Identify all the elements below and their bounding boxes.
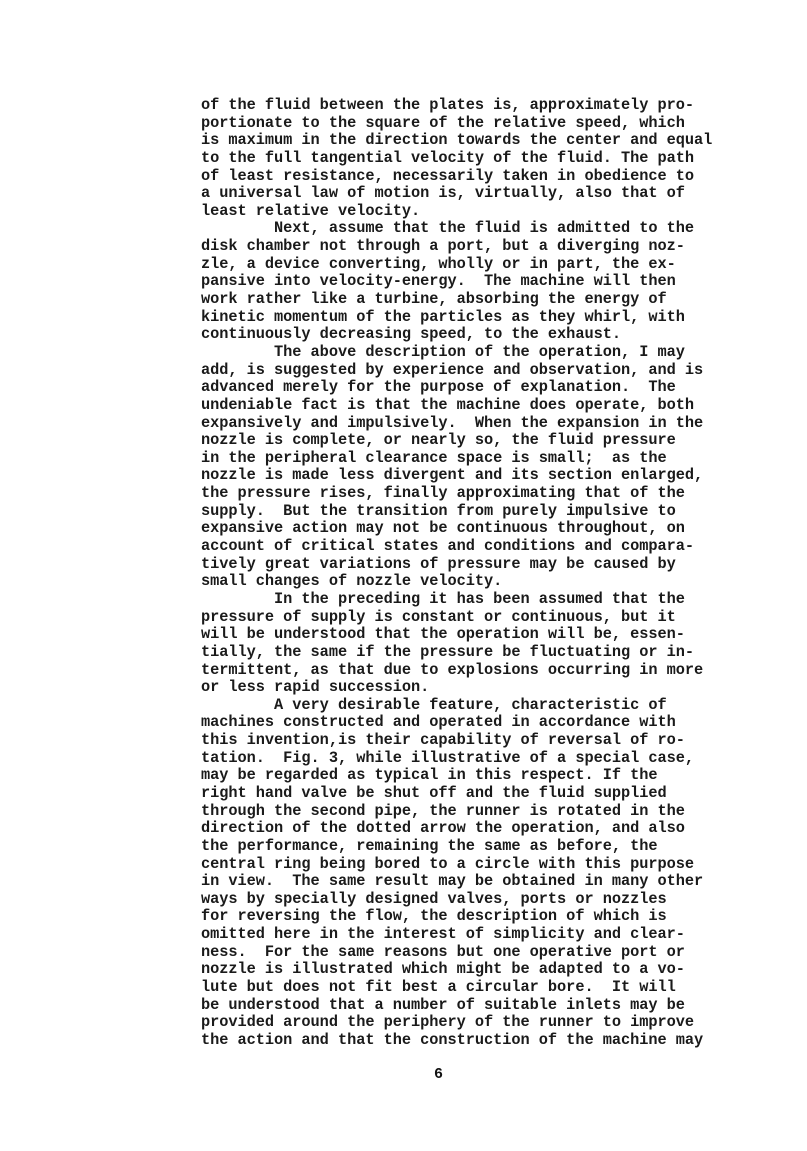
text-line: a universal law of motion is, virtually,… [201, 185, 741, 203]
text-line: advanced merely for the purpose of expla… [201, 379, 741, 397]
text-line: tively great variations of pressure may … [201, 556, 741, 574]
text-line: nozzle is complete, or nearly so, the fl… [201, 432, 741, 450]
text-line: of least resistance, necessarily taken i… [201, 168, 741, 186]
text-line: the performance, remaining the same as b… [201, 838, 741, 856]
text-line: In the preceding it has been assumed tha… [201, 591, 741, 609]
text-line: expansively and impulsively. When the ex… [201, 415, 741, 433]
text-line: of the fluid between the plates is, appr… [201, 97, 741, 115]
text-line: pansive into velocity-energy. The machin… [201, 273, 741, 291]
text-line: is maximum in the direction towards the … [201, 132, 741, 150]
text-line: direction of the dotted arrow the operat… [201, 820, 741, 838]
text-line: A very desirable feature, characteristic… [201, 697, 741, 715]
text-line: supply. But the transition from purely i… [201, 503, 741, 521]
text-line: in the peripheral clearance space is sma… [201, 450, 741, 468]
text-line: undeniable fact is that the machine does… [201, 397, 741, 415]
text-line: for reversing the flow, the description … [201, 908, 741, 926]
text-line: the action and that the construction of … [201, 1032, 741, 1050]
text-line: be understood that a number of suitable … [201, 997, 741, 1015]
text-line: may be regarded as typical in this respe… [201, 767, 741, 785]
text-line: account of critical states and condition… [201, 538, 741, 556]
text-line: small changes of nozzle velocity. [201, 573, 741, 591]
text-line: tially, the same if the pressure be fluc… [201, 644, 741, 662]
text-line: expansive action may not be continuous t… [201, 520, 741, 538]
text-line: lute but does not fit best a circular bo… [201, 979, 741, 997]
text-line: machines constructed and operated in acc… [201, 714, 741, 732]
text-line: portionate to the square of the relative… [201, 115, 741, 133]
text-line: ways by specially designed valves, ports… [201, 891, 741, 909]
text-line: kinetic momentum of the particles as the… [201, 309, 741, 327]
text-line: will be understood that the operation wi… [201, 626, 741, 644]
text-line: tation. Fig. 3, while illustrative of a … [201, 750, 741, 768]
text-line: or less rapid succession. [201, 679, 741, 697]
text-line: to the full tangential velocity of the f… [201, 150, 741, 168]
text-line: the pressure rises, finally approximatin… [201, 485, 741, 503]
text-line: provided around the periphery of the run… [201, 1014, 741, 1032]
text-line: least relative velocity. [201, 203, 741, 221]
text-line: The above description of the operation, … [201, 344, 741, 362]
text-line: work rather like a turbine, absorbing th… [201, 291, 741, 309]
text-line: zle, a device converting, wholly or in p… [201, 256, 741, 274]
text-line: through the second pipe, the runner is r… [201, 803, 741, 821]
text-line: add, is suggested by experience and obse… [201, 362, 741, 380]
text-line: central ring being bored to a circle wit… [201, 856, 741, 874]
text-line: ness. For the same reasons but one opera… [201, 944, 741, 962]
text-line: termittent, as that due to explosions oc… [201, 662, 741, 680]
text-line: nozzle is illustrated which might be ada… [201, 961, 741, 979]
text-line: pressure of supply is constant or contin… [201, 609, 741, 627]
text-line: omitted here in the interest of simplici… [201, 926, 741, 944]
text-line: disk chamber not through a port, but a d… [201, 238, 741, 256]
text-line: right hand valve be shut off and the flu… [201, 785, 741, 803]
text-line: Next, assume that the fluid is admitted … [201, 220, 741, 238]
document-page: of the fluid between the plates is, appr… [0, 0, 807, 1151]
body-text: of the fluid between the plates is, appr… [201, 97, 741, 1050]
page-number: 6 [434, 1066, 443, 1083]
text-line: this invention,is their capability of re… [201, 732, 741, 750]
text-line: in view. The same result may be obtained… [201, 873, 741, 891]
text-line: continuously decreasing speed, to the ex… [201, 326, 741, 344]
text-line: nozzle is made less divergent and its se… [201, 467, 741, 485]
